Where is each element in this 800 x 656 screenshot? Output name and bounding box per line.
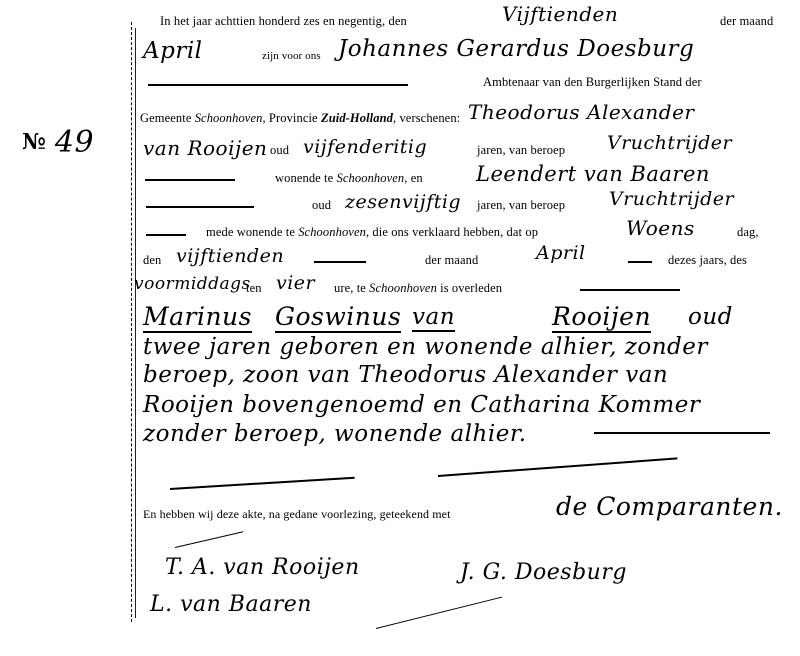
line-9-print-b: der maand xyxy=(425,253,478,268)
signature-flourish xyxy=(175,531,243,548)
blank-line xyxy=(628,261,652,263)
hw-line-12: twee jaren geboren en wonende alhier, zo… xyxy=(143,334,708,360)
blank-line xyxy=(314,261,366,263)
municipality: Schoonhoven xyxy=(195,111,263,125)
hw-hour: vier xyxy=(276,272,315,294)
line-9-print-a: den xyxy=(143,253,161,268)
hw-deceased-middle-name: Goswinus xyxy=(275,302,401,333)
line-1-print-a: In het jaar achttien honderd zes en nege… xyxy=(160,14,407,29)
line-8: mede wonende te Schoonhoven, die ons ver… xyxy=(206,225,538,240)
hw-death-month: April xyxy=(536,242,586,264)
hw-witness1-last: van Rooijen xyxy=(143,136,267,160)
hw-weekday: Woens xyxy=(626,216,695,240)
hw-daypart: voormiddags xyxy=(134,274,251,294)
line-16-print: En hebben wij deze akte, na gedane voorl… xyxy=(143,507,451,522)
line-5-print-b: jaren, van beroep xyxy=(477,143,565,158)
hw-witness2-age: zesenvijftig xyxy=(345,191,461,213)
line-6: wonende te Schoonhoven, en xyxy=(275,171,423,186)
signature-witness1: T. A. van Rooijen xyxy=(165,555,360,580)
hw-witness2-name: Leendert van Baaren xyxy=(476,162,710,186)
line-3-print: Ambtenaar van den Burgerlijken Stand der xyxy=(483,75,702,90)
hw-witness2-occupation: Vruchtrijder xyxy=(609,188,734,210)
number-sign: № xyxy=(22,129,45,155)
hw-deceased-surname: Rooijen xyxy=(552,302,651,333)
blank-line xyxy=(580,289,680,291)
line-9-print-c: dezes jaars, des xyxy=(668,253,747,268)
hw-death-day-2: vijftienden xyxy=(176,245,284,267)
hw-witness1-age: vijfenderitig xyxy=(303,136,427,158)
hw-witness1-occupation: Vruchtrijder xyxy=(607,132,732,154)
province: Zuid-Holland xyxy=(321,111,393,125)
hw-deceased-first-name: Marinus xyxy=(143,302,252,333)
hw-death-day: Vijftienden xyxy=(502,2,618,26)
line-10: ure, te Schoonhoven is overleden xyxy=(334,281,502,296)
hw-comparanten: de Comparanten. xyxy=(556,492,783,521)
akte-number: №49 xyxy=(22,122,94,157)
margin-rule-solid xyxy=(135,28,136,618)
line-1-print-b: der maand xyxy=(720,14,773,29)
hw-line-13: beroep, zoon van Theodorus Alexander van xyxy=(143,362,668,388)
akte-number-value: 49 xyxy=(55,125,94,160)
closing-stroke xyxy=(170,477,355,490)
line-8-print-c: dag, xyxy=(737,225,759,240)
hw-official-name: Johannes Gerardus Doesburg xyxy=(338,36,694,62)
line-10-print-a: ten xyxy=(246,281,262,296)
line-7-print-a: oud xyxy=(312,198,331,213)
hw-oud: oud xyxy=(688,304,733,330)
signature-flourish xyxy=(376,597,502,629)
line-5-print-a: oud xyxy=(270,143,289,158)
blank-line xyxy=(146,234,186,236)
hw-month: April xyxy=(143,38,203,64)
margin-rule-dashed xyxy=(131,22,132,622)
hw-deceased-van: van xyxy=(412,304,455,332)
hw-line-14: Rooijen bovengenoemd en Catharina Kommer xyxy=(143,392,700,418)
blank-line xyxy=(148,84,408,86)
blank-line xyxy=(145,179,235,181)
signature-witness2: L. van Baaren xyxy=(150,592,312,617)
closing-line xyxy=(594,432,770,434)
line-4: Gemeente Schoonhoven, Provincie Zuid-Hol… xyxy=(140,111,460,126)
line-2-print: zijn voor ons xyxy=(262,50,321,62)
line-7-print-b: jaren, van beroep xyxy=(477,198,565,213)
document-page: №49 In het jaar achttien honderd zes en … xyxy=(0,0,800,656)
closing-stroke xyxy=(438,457,678,477)
hw-witness1-first: Theodorus Alexander xyxy=(468,100,694,124)
signature-official: J. G. Doesburg xyxy=(460,560,627,585)
blank-line xyxy=(146,206,254,208)
hw-line-15: zonder beroep, wonende alhier. xyxy=(143,421,527,447)
